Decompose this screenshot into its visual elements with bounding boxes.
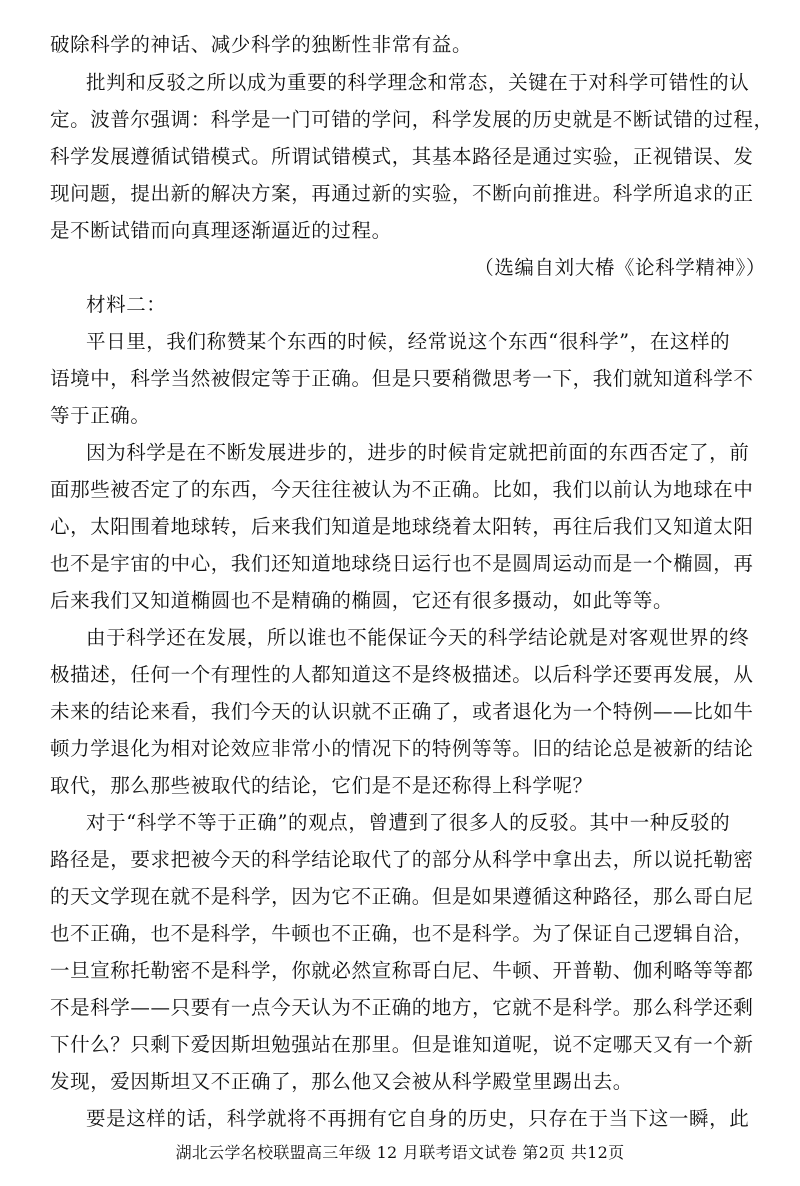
text-line: 也不是宇宙的中心，我们还知道地球绕日运行也不是圆周运动而是一个椭圆，再 bbox=[50, 551, 766, 577]
text-line: 不是科学——只要有一点今天认为不正确的地方，它就不是科学。那么科学还剩 bbox=[50, 995, 766, 1021]
text-line: 由于科学还在发展，所以谁也不能保证今天的科学结论就是对客观世界的终 bbox=[86, 625, 766, 651]
text-line: 也不正确，也不是科学，牛顿也不正确，也不是科学。为了保证自己逻辑自洽， bbox=[50, 921, 766, 947]
text-line: 面那些被否定了的东西，今天往往被认为不正确。比如，我们以前认为地球在中 bbox=[50, 477, 766, 503]
text-line: 语境中，科学当然被假定等于正确。但是只要稍微思考一下，我们就知道科学不 bbox=[50, 366, 766, 392]
page-footer: 湖北云学名校联盟高三年级 12 月联考语文试卷 第2页 共12页 bbox=[0, 1142, 800, 1164]
text-line: 后来我们又知道椭圆也不是精确的椭圆，它还有很多摄动，如此等等。 bbox=[50, 588, 766, 614]
text-line: 下什么？只剩下爱因斯坦勉强站在那里。但是谁知道呢，说不定哪天又有一个新 bbox=[50, 1032, 766, 1058]
text-line: 破除科学的神话、减少科学的独断性非常有益。 bbox=[50, 32, 766, 58]
text-line: 取代，那么那些被取代的结论，它们是不是还称得上科学呢？ bbox=[50, 773, 766, 799]
text-line: 现问题，提出新的解决方案，再通过新的实验，不断向前推进。科学所追求的正 bbox=[50, 181, 766, 207]
text-line: 科学发展遵循试错模式。所谓试错模式，其基本路径是通过实验，正视错误、发 bbox=[50, 144, 766, 170]
text-line: 是不断试错而向真理逐渐逼近的过程。 bbox=[50, 218, 766, 244]
text-line: 未来的结论来看，我们今天的认识就不正确了，或者退化为一个特例——比如牛 bbox=[50, 699, 766, 725]
text-line: 对于“科学不等于正确”的观点，曾遭到了很多人的反驳。其中一种反驳的 bbox=[86, 810, 766, 836]
text-line: 顿力学退化为相对论效应非常小的情况下的特例等等。旧的结论总是被新的结论 bbox=[50, 736, 766, 762]
text-line: 要是这样的话，科学就将不再拥有它自身的历史，只存在于当下这一瞬，此 bbox=[86, 1106, 766, 1132]
text-line: 的天文学现在就不是科学，因为它不正确。但是如果遵循这种路径，那么哥白尼 bbox=[50, 884, 766, 910]
section-heading: 材料二： bbox=[86, 292, 766, 318]
text-line: 一旦宣称托勒密不是科学，你就必然宣称哥白尼、牛顿、开普勒、伽利略等等都 bbox=[50, 958, 766, 984]
text-line: 等于正确。 bbox=[50, 403, 766, 429]
text-line: 平日里，我们称赞某个东西的时候，经常说这个东西“很科学”，在这样的 bbox=[86, 329, 766, 355]
text-line: 心，太阳围着地球转，后来我们知道是地球绕着太阳转，再往后我们又知道太阳 bbox=[50, 514, 766, 540]
source-citation: （选编自刘大椿《论科学精神》） bbox=[474, 255, 766, 281]
text-line: 极描述，任何一个有理性的人都知道这不是终极描述。以后科学还要再发展，从 bbox=[50, 662, 766, 688]
text-line: 因为科学是在不断发展进步的，进步的时候肯定就把前面的东西否定了，前 bbox=[86, 440, 766, 466]
text-line: 发现，爱因斯坦又不正确了，那么他又会被从科学殿堂里踢出去。 bbox=[50, 1069, 766, 1095]
text-line: 批判和反驳之所以成为重要的科学理念和常态，关键在于对科学可错性的认 bbox=[86, 70, 766, 96]
text-line: 路径是，要求把被今天的科学结论取代了的部分从科学中拿出去，所以说托勒密 bbox=[50, 847, 766, 873]
text-line: 定。波普尔强调：科学是一门可错的学问，科学发展的历史就是不断试错的过程， bbox=[50, 107, 766, 133]
